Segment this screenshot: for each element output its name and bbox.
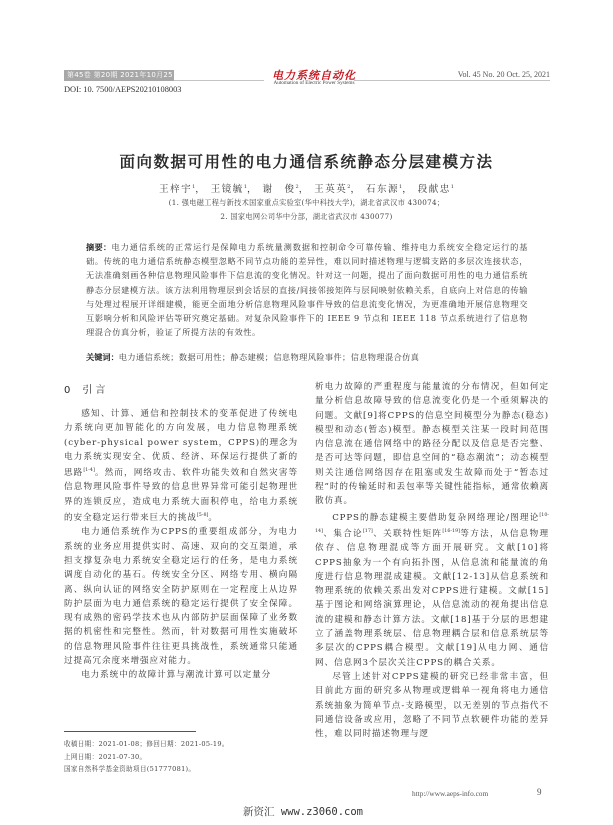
abstract-text: 电力通信系统的正常运行是保障电力系统量测数据和控制命令可靠传输、维持电力系统安全… (86, 242, 528, 337)
citation: [17] (363, 529, 373, 534)
body-column-right: 析电力故障的严重程度与能量流的分布情况，但如何定量分析信息故障导致的信息流变化仍… (315, 380, 549, 741)
affiliation-2: 2. 国家电网公司华中分部，湖北省武汉市 430077) (0, 212, 613, 222)
header-divider (174, 80, 264, 81)
paragraph-text: 。然而，网络攻击、软件功能失效和自然灾害等信息物理风险事件导致的信息世界异常可能… (64, 468, 298, 523)
paragraph: CPPS的静态建模主要借助复杂网络理论/图理论[10-14]、集合论[17]、关… (315, 509, 549, 670)
journal-name-en: Automation of Electric Power Systems (262, 80, 366, 86)
author: 王英英 (314, 184, 347, 195)
author: 王镜毓 (211, 184, 244, 195)
author: 王梓宇 (159, 184, 192, 195)
author: 段献忠 (418, 184, 451, 195)
paragraph: 电力系统中的故障计算与潮流计算可以定量分 (64, 668, 298, 682)
citation: [5-8] (197, 513, 208, 518)
keywords-label: 关键词： (86, 352, 119, 362)
author: 石东源 (366, 184, 399, 195)
paragraph-text: 尽管上述针对CPPS建模的研究已经非常丰富，但目前此方面的研究多从物理或逻辑单一… (315, 672, 549, 739)
author-list: 王梓宇1， 王镜毓1， 谢 俊2， 王英英2， 石东源1， 段献忠1 (0, 181, 613, 195)
affiliation-marker: 1 (451, 184, 454, 190)
section-heading-introduction: 0引言 (64, 381, 108, 396)
author: 谢 俊 (263, 184, 296, 195)
section-number: 0 (64, 385, 70, 396)
paragraph: 析电力故障的严重程度与能量流的分布情况，但如何定量分析信息故障导致的信息流变化仍… (315, 380, 549, 509)
paragraph-text: 。 (208, 513, 218, 523)
watermark: 新资汇 www.z3060.com (243, 804, 363, 819)
volume-info: Vol. 45 No. 20 Oct. 25, 2021 (458, 70, 550, 79)
paragraph-text: CPPS的静态建模主要借助复杂网络理论/图理论 (332, 513, 539, 523)
affiliation-marker: 2 (347, 184, 350, 190)
paragraph-text: 、关联特性矩阵 (373, 529, 443, 539)
paragraph: 感知、计算、通信和控制技术的变革促进了传统电力系统向更加智能化的方向发展，电力信… (64, 407, 298, 525)
paragraph-text: 、集合论 (323, 529, 363, 539)
affiliation-marker: 1 (192, 184, 195, 190)
footnote-funding: 国家自然科学基金资助项目(51777081)。 (64, 763, 229, 776)
abstract: 摘要：电力通信系统的正常运行是保障电力系统量测数据和控制命令可靠传输、维持电力系… (86, 240, 528, 339)
keywords: 关键词：电力通信系统；数据可用性；静态建模；信息物理风险事件；信息物理混合仿真 (86, 352, 528, 363)
journal-url-link[interactable]: http://www.aeps-info.com (412, 789, 488, 798)
section-title: 引言 (82, 385, 108, 396)
affiliation-marker: 1 (399, 184, 402, 190)
citation: [16-19] (442, 529, 460, 534)
citation: [1-4] (83, 468, 94, 473)
doi: DOI: 10. 7500/AEPS20210108003 (64, 85, 182, 94)
header-divider (354, 80, 550, 81)
journal-header: 第45卷 第20期 2021年10月25日 电力系统自动化 Automation… (64, 70, 550, 100)
footnote-divider (64, 731, 196, 732)
abstract-label: 摘要： (86, 242, 112, 252)
issue-info-bar: 第45卷 第20期 2021年10月25日 (64, 70, 174, 81)
paragraph-text: 等方法，从信息物理依存、信息物理混成等方面开展研究。文献[10]将CPPS抽象为… (315, 529, 549, 668)
footnote-online-date: 上网日期：2021-07-30。 (64, 751, 229, 764)
paragraph-text: 析电力故障的严重程度与能量流的分布情况，但如何定量分析信息故障导致的信息流变化仍… (315, 382, 549, 506)
paragraph-text: 电力通信系统作为CPPS的重要组成部分，为电力系统的业务应用提供实时、高速、双向… (64, 527, 298, 666)
keywords-text: 电力通信系统；数据可用性；静态建模；信息物理风险事件；信息物理混合仿真 (119, 352, 420, 362)
page-number: 9 (537, 787, 542, 797)
footnote-received-date: 收稿日期：2021-01-08；修回日期：2021-05-19。 (64, 738, 229, 751)
affiliation-marker: 1 (244, 184, 247, 190)
paragraph: 尽管上述针对CPPS建模的研究已经非常丰富，但目前此方面的研究多从物理或逻辑单一… (315, 670, 549, 741)
body-column-left: 感知、计算、通信和控制技术的变革促进了传统电力系统向更加智能化的方向发展，电力信… (64, 407, 298, 683)
paragraph: 电力通信系统作为CPPS的重要组成部分，为电力系统的业务应用提供实时、高速、双向… (64, 525, 298, 668)
paragraph-text: 电力系统中的故障计算与潮流计算可以定量分 (81, 670, 271, 680)
affiliation-1: (1. 强电磁工程与新技术国家重点实验室(华中科技大学)，湖北省武汉市 4300… (0, 198, 613, 208)
affiliation-marker: 2 (296, 184, 299, 190)
paper-title: 面向数据可用性的电力通信系统静态分层建模方法 (0, 150, 613, 172)
footnotes: 收稿日期：2021-01-08；修回日期：2021-05-19。 上网日期：20… (64, 738, 229, 776)
